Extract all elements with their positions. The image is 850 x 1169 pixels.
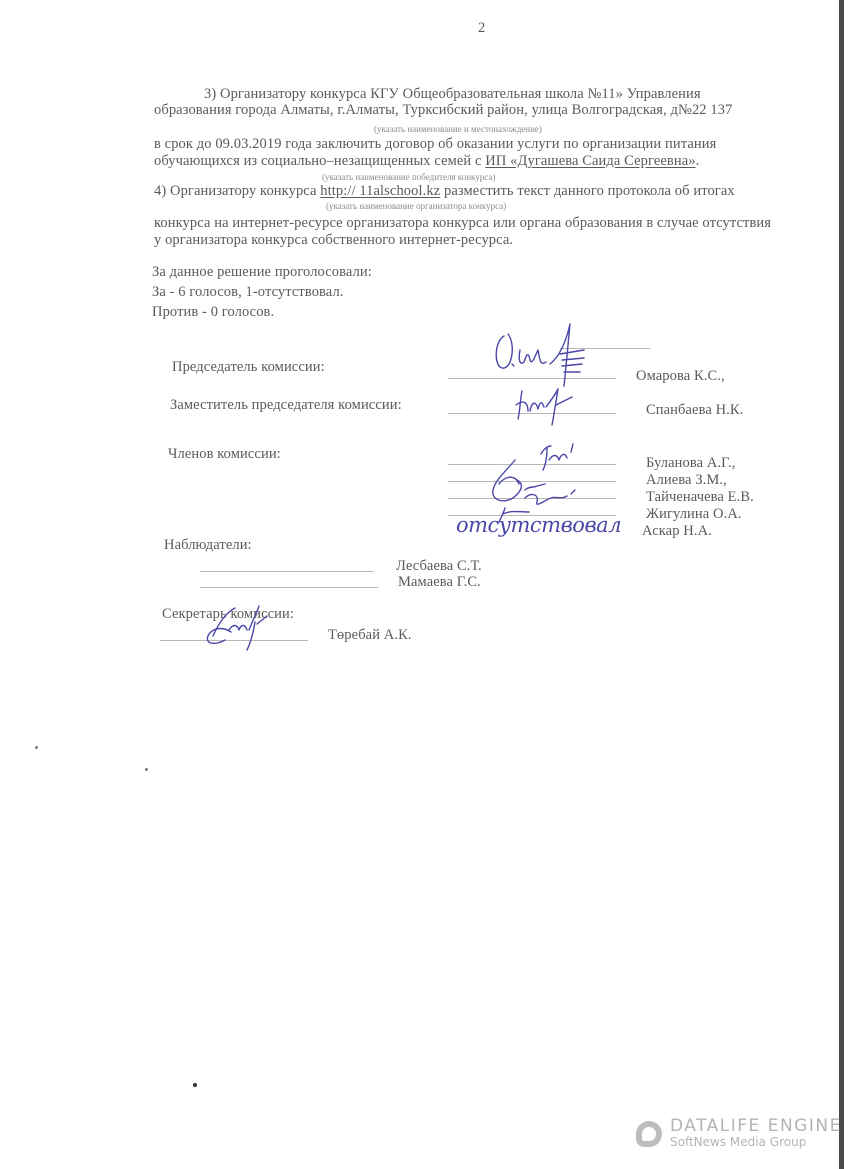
- paragraph3-hint-location: (указать наименование и местонахождение): [374, 124, 542, 134]
- scan-edge-shadow: [839, 0, 844, 1169]
- voting-for: За - 6 голосов, 1-отсутствовал.: [152, 284, 344, 301]
- paragraph4-line3: у организатора конкурса собственного инт…: [154, 232, 513, 249]
- observer-name-2: Мамаева Г.С.: [398, 574, 481, 591]
- scan-speck: [35, 746, 38, 749]
- absent-handwritten-note: отсутствовал: [456, 513, 621, 537]
- paragraph4-line1: 4) Организатору конкурса http:// 11alsch…: [154, 183, 735, 200]
- voting-heading: За данное решение проголосовали:: [152, 264, 372, 281]
- voting-against: Против - 0 голосов.: [152, 304, 274, 321]
- deputy-name: Спанбаева Н.К.: [646, 402, 743, 419]
- members-label: Членов комиссии:: [168, 446, 281, 463]
- organizer-link[interactable]: http:// 11alschool.kz: [320, 183, 440, 199]
- paragraph4-hint: (указать наименование организатора конку…: [326, 201, 506, 211]
- chairman-signature: [490, 320, 600, 390]
- observers-label: Наблюдатели:: [164, 537, 252, 554]
- observer-name-1: Лесбаева С.Т.: [396, 558, 482, 575]
- paragraph3-hint-winner: (указать наименование победителя конкурс…: [322, 172, 495, 182]
- watermark-title: DATALIFE ENGINE: [670, 1118, 842, 1135]
- line4-prefix: обучающихся из социально–незащищенных се…: [154, 153, 485, 169]
- member-name-5: Аскар Н.А.: [642, 523, 712, 540]
- watermark-subtitle: SoftNews Media Group: [670, 1135, 842, 1149]
- observer-line-2: [200, 587, 378, 588]
- scan-speck: [145, 768, 148, 771]
- member-name-1: Буланова А.Г.,: [646, 455, 735, 472]
- secretary-name: Төребай А.К.: [328, 627, 412, 644]
- paragraph3-line3: в срок до 09.03.2019 года заключить дого…: [154, 136, 716, 153]
- paragraph3-line2: образования города Алматы, г.Алматы, Тур…: [154, 102, 732, 119]
- member-name-3: Тайченачева Е.В.: [646, 489, 754, 506]
- page-number: 2: [478, 20, 485, 37]
- datalife-logo-icon: [636, 1121, 662, 1147]
- member-name-4: Жигулина О.А.: [646, 506, 742, 523]
- deputy-label: Заместитель председателя комиссии:: [170, 397, 402, 414]
- secretary-signature: [195, 600, 275, 650]
- members-signatures: [485, 440, 605, 520]
- chairman-label: Председатель комисcии:: [172, 359, 325, 376]
- watermark: DATALIFE ENGINE SoftNews Media Group: [636, 1118, 842, 1149]
- member-name-2: Алиева З.М.,: [646, 472, 727, 489]
- line4-suffix: .: [696, 153, 700, 169]
- observer-line-1: [200, 571, 374, 572]
- paragraph3-line4: обучающихся из социально–незащищенных се…: [154, 153, 699, 170]
- winner-name: ИП «Дугашева Саида Сергеевна»: [485, 153, 695, 169]
- paragraph3-line1: 3) Организатору конкурса КГУ Общеобразов…: [204, 86, 701, 103]
- paragraph4-line2: конкурса на интернет-ресурсе организатор…: [154, 215, 771, 232]
- p4-prefix: 4) Организатору конкурса: [154, 183, 320, 199]
- deputy-signature: [512, 385, 582, 425]
- scan-speck: [193, 1083, 197, 1087]
- p4-suffix: разместить текст данного протокола об ит…: [440, 183, 734, 199]
- chairman-name: Омарова К.С.,: [636, 368, 725, 385]
